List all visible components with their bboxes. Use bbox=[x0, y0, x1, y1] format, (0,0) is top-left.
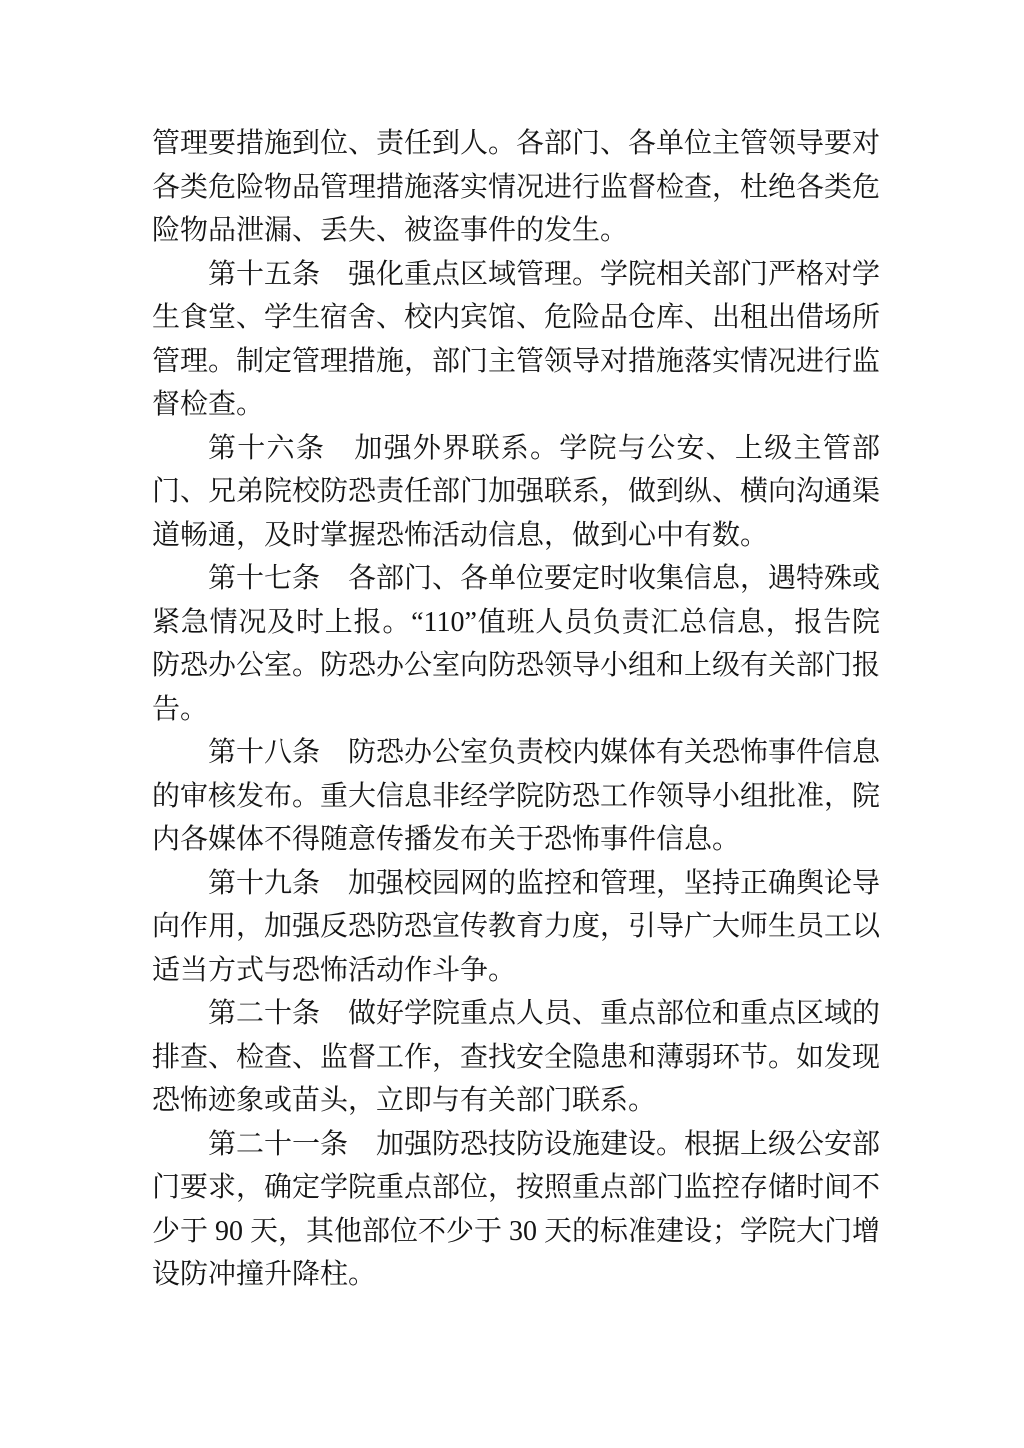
paragraph-article-17: 第十七条 各部门、各单位要定时收集信息，遇特殊或紧急情况及时上报。“110”值班… bbox=[152, 557, 880, 731]
paragraph-article-16: 第十六条 加强外界联系。学院与公安、上级主管部门、兄弟院校防恐责任部门加强联系，… bbox=[152, 427, 880, 558]
document-page: 管理要措施到位、责任到人。各部门、各单位主管领导要对各类危险物品管理措施落实情况… bbox=[0, 0, 1024, 1448]
document-body: 管理要措施到位、责任到人。各部门、各单位主管领导要对各类危险物品管理措施落实情况… bbox=[152, 122, 880, 1297]
paragraph-article-21: 第二十一条 加强防恐技防设施建设。根据上级公安部门要求，确定学院重点部位，按照重… bbox=[152, 1123, 880, 1297]
paragraph-continuation: 管理要措施到位、责任到人。各部门、各单位主管领导要对各类危险物品管理措施落实情况… bbox=[152, 122, 880, 253]
paragraph-article-15: 第十五条 强化重点区域管理。学院相关部门严格对学生食堂、学生宿舍、校内宾馆、危险… bbox=[152, 253, 880, 427]
paragraph-article-19: 第十九条 加强校园网的监控和管理，坚持正确舆论导向作用，加强反恐防恐宣传教育力度… bbox=[152, 862, 880, 993]
paragraph-article-18: 第十八条 防恐办公室负责校内媒体有关恐怖事件信息的审核发布。重大信息非经学院防恐… bbox=[152, 731, 880, 862]
paragraph-article-20: 第二十条 做好学院重点人员、重点部位和重点区域的排查、检查、监督工作，查找安全隐… bbox=[152, 992, 880, 1123]
